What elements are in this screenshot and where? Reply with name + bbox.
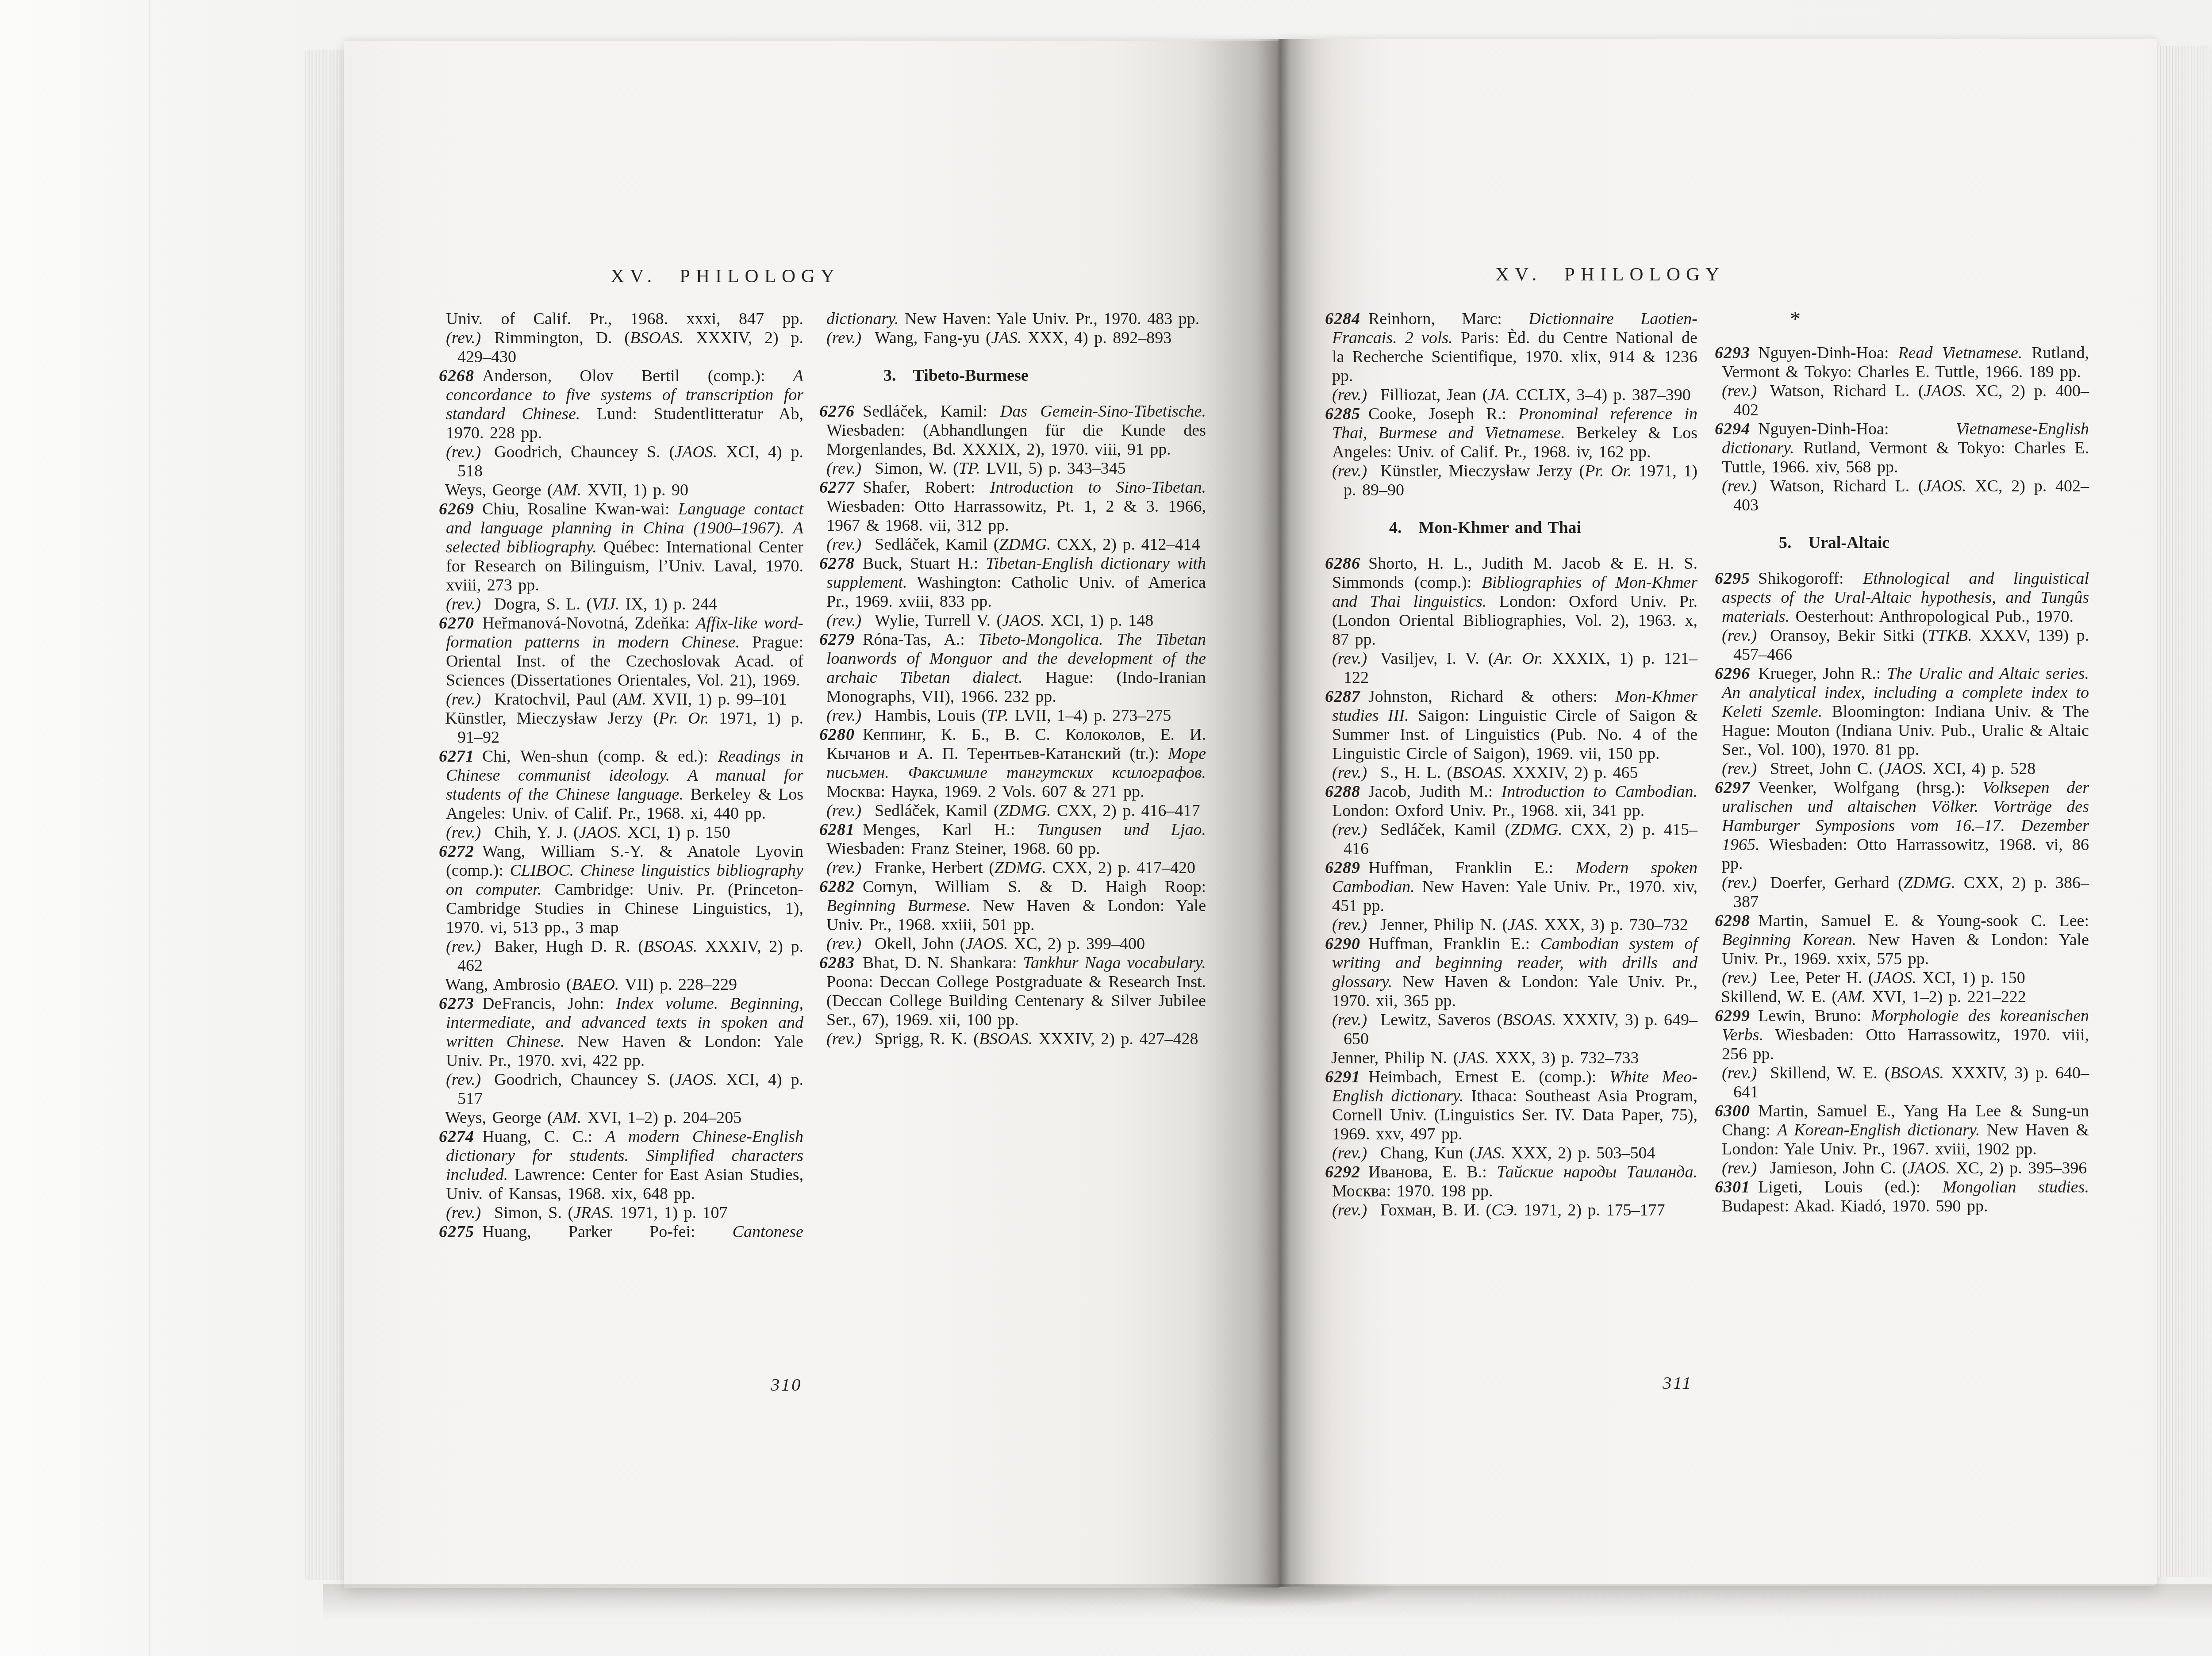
text-run: Sprigg, R. K. ( [875,1030,979,1048]
text-run: Nguyen-Dinh-Hoa: [1758,420,1956,438]
bib-entry: 6291Heimbach, Ernest E. (comp.): White M… [1325,1068,1697,1144]
text-run: Budapest: Akad. Kiadó, 1970. 590 pp. [1722,1197,1988,1215]
rev-label: (rev.) [826,935,861,953]
entry-number: 6301 [1715,1178,1750,1196]
entry-number: 6277 [819,478,855,497]
rev-label: (rev.) [1722,477,1757,495]
italic-text: BSOAS. [1452,763,1506,782]
running-head-right: XV. PHILOLOGY [1495,264,1725,285]
heading-text: 3. Tibeto-Burmese [883,366,1029,385]
italic-text: BSOAS. [630,329,684,347]
text-run: VII) p. 228–229 [619,975,737,994]
entry-number: 6292 [1325,1163,1360,1181]
open-book-photo: XV. PHILOLOGY XV. PHILOLOGY Univ. of Cal… [0,0,2212,1656]
text-run: Chang, Kun ( [1380,1144,1475,1162]
italic-text: ZDMG. [995,859,1046,877]
rev-label: (rev.) [826,801,861,820]
rev-label: (rev.) [826,1030,861,1048]
bib-entry: 6276Sedláček, Kamil: Das Gemein-Sino-Tib… [819,402,1206,459]
section-heading: 3. Tibeto-Burmese [819,366,1206,385]
entry-number: 6287 [1325,687,1360,706]
italic-text: Тайские народы Таиланда. [1497,1163,1697,1181]
italic-text: Introduction to Cambodian. [1502,782,1697,801]
rev-label: (rev.) [446,443,481,461]
review-line: (rev.)Okell, John (JAOS. XC, 2) p. 399–4… [819,935,1206,954]
page-edges-left [305,50,344,1580]
entry-number: 6294 [1715,420,1750,438]
rev-label: (rev.) [446,823,481,842]
text-run: Skillend, W. E. ( [1721,988,1837,1006]
review-line-secondary: Jenner, Philip N. (JAS. XXX, 3) p. 732–7… [1325,1049,1697,1068]
entry-number: 6278 [819,554,855,573]
text-run: XXX, 2) p. 503–504 [1505,1144,1655,1162]
review-line: (rev.)Гохман, В. И. (СЭ. 1971, 2) p. 175… [1325,1201,1697,1220]
entry-number: 6282 [819,878,855,896]
text-run: Street, John C. ( [1770,759,1884,778]
bib-entry: 6301Ligeti, Louis (ed.): Mongolian studi… [1715,1178,2089,1216]
review-line: (rev.)Chang, Kun (JAS. XXX, 2) p. 503–50… [1325,1144,1697,1163]
text-run: Wang, Fang-yu ( [875,329,991,347]
bib-entry: 6280Кеппинг, К. Б., В. С. Колоколов, Е. … [819,725,1206,801]
review-line-secondary: Künstler, Mieczysław Jerzy (Pr. Or. 1971… [439,709,803,747]
italic-text: TP. [987,706,1009,725]
text-run: * [1790,307,1801,331]
italic-text: JAOS. [675,1070,717,1089]
text-run: XCI, 1) p. 150 [622,823,730,842]
text-run: Johnston, Richard & others: [1368,687,1615,706]
bib-entry: 6278Buck, Stuart H.: Tibetan-English dic… [819,554,1206,611]
review-line: (rev.)Sprigg, R. K. (BSOAS. XXXIV, 2) p.… [819,1030,1206,1049]
entry-number: 6289 [1325,859,1360,877]
text-run: XCI, 4) p. 528 [1927,759,2035,778]
text-run: Künstler, Mieczysław Jerzy ( [1380,462,1585,480]
bib-entry: 6293Nguyen-Dinh-Hoa: Read Vietnamese. Ru… [1715,344,2089,382]
bib-entry: 6296Krueger, John R.: The Uralic and Alt… [1715,664,2089,759]
text-run: XVI, 1–2) p. 204–205 [581,1108,741,1127]
page-number-left: 310 [771,1374,802,1395]
text-run: Jenner, Philip N. ( [1380,916,1508,934]
italic-text: JAOS. [675,443,717,461]
running-head-left: XV. PHILOLOGY [611,265,840,287]
right-page-column-1: 6284Reinhorn, Marc: Dictionnaire Laotien… [1325,310,1697,1220]
text-run: Baker, Hugh D. R. ( [494,937,644,956]
bib-entry: 6283Bhat, D. N. Shankara: Tankhur Naga v… [819,954,1206,1030]
heading-text: 5. Ural-Altaic [1779,533,1889,552]
text-run: Wiesbaden: Franz Steiner, 1968. 60 pp. [826,839,1100,858]
text-run: Wylie, Turrell V. ( [875,611,1002,630]
entry-number: 6273 [439,994,474,1013]
entry-number: 6298 [1715,912,1750,930]
text-run: Гохман, В. И. ( [1380,1201,1491,1219]
text-run: XVII, 1) p. 99–101 [646,690,787,709]
review-line: (rev.)Simon, W. (TP. LVII, 5) p. 343–345 [819,459,1206,478]
text-run: Wiesbaden: Otto Harrassowitz, 1968. vi, … [1722,836,2089,873]
entry-number: 6283 [819,954,855,972]
review-line: (rev.)Franke, Herbert (ZDMG. CXX, 2) p. … [819,859,1206,878]
review-line: (rev.)Goodrich, Chauncey S. (JAOS. XCI, … [439,443,803,481]
italic-text: TTKB. [1928,626,1972,645]
rev-label: (rev.) [446,937,481,956]
italic-text: JAOS. [1002,611,1045,630]
bib-entry: 6269Chiu, Rosaline Kwan-wai: Language co… [439,500,803,595]
review-line: (rev.)Oransoy, Bekir Sitki (TTKB. XXXV, … [1715,626,2089,664]
italic-text: JAOS. [1924,477,1966,495]
book-bottom-shadow [323,1584,2212,1629]
italic-text: Cantonese [733,1223,803,1241]
review-line-secondary: Weys, George (AM. XVII, 1) p. 90 [439,481,803,500]
rev-label: (rev.) [446,1204,481,1222]
text-run: Wiesbaden: Otto Harrassowitz, Pt. 1, 2 &… [826,497,1206,535]
rev-label: (rev.) [1722,874,1757,892]
rev-label: (rev.) [1722,626,1757,645]
rev-label: (rev.) [1332,649,1367,668]
text-run: Goodrich, Chauncey S. ( [494,1070,675,1089]
italic-text: JAOS. [1884,759,1927,778]
italic-text: JAOS. [1874,969,1916,987]
rev-label: (rev.) [1332,1144,1367,1162]
text-run: Иванова, Е. В.: [1368,1163,1497,1181]
text-run: Weys, George ( [445,1108,553,1127]
rev-label: (rev.) [1722,1064,1757,1082]
text-run: Huang, Parker Po-fei: [482,1223,733,1241]
bib-entry: 6298Martin, Samuel E. & Young-sook C. Le… [1715,912,2089,969]
text-run: London: Oxford Univ. Pr., 1968. xii, 341… [1332,801,1644,820]
bib-entry: 6299Lewin, Bruno: Morphologie des korean… [1715,1007,2089,1064]
italic-text: Das Gemein-Sino-Tibetische. [1000,402,1206,421]
entry-number: 6299 [1715,1007,1750,1025]
asterisk-separator: * [1715,310,2089,329]
rev-label: (rev.) [1722,759,1757,778]
page-number-right: 311 [1663,1372,1692,1393]
section-heading: 4. Mon-Khmer and Thai [1325,518,1697,537]
italic-text: BSOAS. [644,937,697,956]
bib-entry: 6286Shorto, H. L., Judith M. Jacob & E. … [1325,554,1697,649]
entry-number: 6272 [439,842,474,861]
italic-text: ZDMG. [1510,820,1562,839]
italic-text: dictionary. [826,310,899,328]
text-run: S., H. L. ( [1380,763,1452,782]
text-run: CXX, 2) p. 417–420 [1046,859,1195,877]
review-line: (rev.)Hambis, Louis (TP. LVII, 1–4) p. 2… [819,706,1206,725]
review-line: (rev.)Wang, Fang-yu (JAS. XXX, 4) p. 892… [819,329,1206,348]
review-line: (rev.)Künstler, Mieczysław Jerzy (Pr. Or… [1325,462,1697,500]
entry-number: 6290 [1325,935,1360,953]
rev-label: (rev.) [1722,382,1757,400]
text-run: Reinhorn, Marc: [1368,310,1528,328]
text-run: Oesterhout: Anthropological Pub., 1970. [1790,607,2074,626]
right-page-column-2: *6293Nguyen-Dinh-Hoa: Read Vietnamese. R… [1715,310,2089,1216]
entry-number: 6288 [1325,782,1360,801]
text-run: Lee, Peter H. ( [1770,969,1874,987]
entry-number: 6274 [439,1127,474,1146]
italic-text: JAOS. [1924,382,1966,400]
italic-text: TP. [959,459,980,478]
entry-number: 6275 [439,1223,474,1241]
italic-text: JA. [1488,386,1510,404]
text-run: Doerfer, Gerhard ( [1770,874,1903,892]
text-run: Москва: Наука, 1969. 2 Vols. 607 & 271 p… [826,782,1144,801]
review-line: (rev.)Goodrich, Chauncey S. (JAOS. XCI, … [439,1070,803,1108]
text-run: Heřmanová-Novotná, Zdeňka: [482,614,696,632]
text-run: DeFrancis, John: [482,994,616,1013]
text-run: Goodrich, Chauncey S. ( [494,443,675,461]
entry-number: 6271 [439,747,474,766]
entry-number: 6297 [1715,778,1750,797]
review-line: (rev.)Street, John C. (JAOS. XCI, 4) p. … [1715,759,2089,778]
review-line: (rev.)Watson, Richard L. (JAOS. XC, 2) p… [1715,382,2089,420]
rev-label: (rev.) [826,706,861,725]
text-run: Franke, Herbert ( [875,859,995,877]
bib-entry: 6297Veenker, Wolfgang (hrsg.): Volksepen… [1715,778,2089,874]
italic-text: JAOS. [1908,1159,1950,1177]
text-run: Sedláček, Kamil ( [875,535,999,554]
text-run: Chi, Wen-shun (comp. & ed.): [482,747,718,766]
entry-number: 6279 [819,630,855,649]
text-run: Chiu, Rosaline Kwan-wai: [482,500,678,518]
bib-entry: 6288Jacob, Judith M.: Introduction to Ca… [1325,782,1697,820]
review-line: (rev.)Vasiljev, I. V. (Ar. Or. XXXIX, 1)… [1325,649,1697,687]
rev-label: (rev.) [1722,1159,1757,1177]
text-run: Huffman, Franklin E.: [1368,859,1575,877]
bib-entry: 6274Huang, C. C.: A modern Chinese-Engli… [439,1127,803,1204]
rev-label: (rev.) [1332,916,1367,934]
rev-label: (rev.) [1332,763,1367,782]
review-line: (rev.)Lee, Peter H. (JAOS. XCI, 1) p. 15… [1715,969,2089,988]
text-run: Univ. of Calif. Pr., 1968. xxxi, 847 pp. [446,310,803,328]
italic-text: JAOS. [579,823,622,842]
italic-text: JAS. [1475,1144,1505,1162]
bib-entry: 6289Huffman, Franklin E.: Modern spoken … [1325,859,1697,916]
italic-text: ZDMG. [999,535,1051,554]
italic-text: VIJ. [592,595,619,613]
review-line: (rev.)Chih, Y. J. (JAOS. XCI, 1) p. 150 [439,823,803,842]
italic-text: ZDMG. [999,801,1051,820]
text-run: Watson, Richard L. ( [1770,382,1924,400]
review-line: (rev.)Kratochvil, Paul (AM. XVII, 1) p. … [439,690,803,709]
text-run: IX, 1) p. 244 [619,595,717,613]
text-run: Wiesbaden: Otto Harrassowitz, 1970. viii… [1722,1026,2089,1063]
italic-text: A Korean-English dictionary. [1777,1121,1980,1139]
italic-text: ZDMG. [1904,874,1955,892]
heading-text: 4. Mon-Khmer and Thai [1389,518,1581,537]
entry-number: 6285 [1325,405,1360,423]
text-run: Simon, W. ( [875,459,959,478]
text-run: XCI, 1) p. 150 [1916,969,2025,987]
bib-entry: 6279Róna-Tas, A.: Tibeto-Mongolica. The … [819,630,1206,706]
bib-entry: 6284Reinhorn, Marc: Dictionnaire Laotien… [1325,310,1697,386]
review-line-secondary: Skillend, W. E. (AM. XVI, 1–2) p. 221–22… [1715,988,2089,1007]
text-run: CXX, 2) p. 416–417 [1051,801,1200,820]
left-page-column-1: Univ. of Calif. Pr., 1968. xxxi, 847 pp.… [439,310,803,1242]
rev-label: (rev.) [826,535,861,554]
text-run: 1971, 1) p. 107 [614,1204,728,1222]
text-run: Chih, Y. J. ( [494,823,579,842]
text-run: Sedláček, Kamil: [863,402,1000,421]
text-run: Buck, Stuart H.: [863,554,986,573]
text-run: Martin, Samuel E. & Young-sook C. Lee: [1758,912,2089,930]
text-run: 1971, 2) p. 175–177 [1518,1201,1665,1219]
review-line: (rev.)S., H. L. (BSOAS. XXXIV, 2) p. 465 [1325,763,1697,782]
review-line: (rev.)Skillend, W. E. (BSOAS. XXXIV, 3) … [1715,1064,2089,1102]
rev-label: (rev.) [1332,1011,1367,1029]
background-seam [149,0,150,1656]
text-run: XXXIV, 2) p. 427–428 [1033,1030,1198,1048]
rev-label: (rev.) [446,1070,481,1089]
text-run: XXXIV, 2) p. 465 [1506,763,1638,782]
italic-text: Beginning Korean. [1722,931,1856,949]
text-run: Kratochvil, Paul ( [494,690,618,709]
italic-text: JAS. [991,329,1022,347]
text-run: Filliozat, Jean ( [1380,386,1488,404]
text-run: Shikogoroff: [1758,569,1863,588]
section-heading: 5. Ural-Altaic [1715,533,2089,552]
text-run: Hambis, Louis ( [875,706,987,725]
text-run: Heimbach, Ernest E. (comp.): [1368,1068,1609,1086]
text-run: Кеппинг, К. Б., В. С. Колоколов, Е. И. К… [826,725,1206,763]
text-run: Dogra, S. L. ( [494,595,592,613]
italic-text: BSOAS. [1502,1011,1556,1029]
text-run: New Haven: Yale Univ. Pr., 1970. 483 pp. [899,310,1200,328]
italic-text: Ar. Or. [1494,649,1543,668]
bib-entry: 6275Huang, Parker Po-fei: Cantonese [439,1223,803,1242]
text-run: Huang, C. C.: [482,1127,605,1146]
bib-entry: 6295Shikogoroff: Ethnological and lingui… [1715,569,2089,626]
text-run: Jamieson, John C. ( [1770,1159,1908,1177]
italic-text: BSOAS. [979,1030,1033,1048]
rev-label: (rev.) [1332,1201,1367,1219]
text-run: Sedláček, Kamil ( [1380,820,1510,839]
text-run: Cornyn, William S. & D. Haigh Roop: [863,878,1206,896]
text-run: Weys, George ( [445,481,553,499]
italic-text: Mongolian studies. [1943,1178,2089,1196]
text-run: Москва: 1970. 198 pp. [1332,1182,1493,1200]
text-run: Róna-Tas, A.: [863,630,979,649]
entry-number: 6295 [1715,569,1750,588]
text-run: Watson, Richard L. ( [1770,477,1924,495]
text-run: Menges, Karl H.: [863,820,1037,839]
rev-label: (rev.) [446,595,481,613]
text-run: Cooke, Joseph R.: [1368,405,1518,423]
italic-text: Read Vietnamese. [1898,344,2022,362]
rev-label: (rev.) [826,611,861,630]
text-run: Vasiljev, I. V. ( [1380,649,1494,668]
italic-text: JAS. [1459,1049,1489,1067]
text-run: CCLIX, 3–4) p. 387–390 [1510,386,1691,404]
text-run: Okell, John ( [875,935,965,953]
bib-entry: 6273DeFrancis, John: Index volume. Begin… [439,994,803,1070]
italic-text: AM. [553,481,581,499]
entry-continuation: dictionary. New Haven: Yale Univ. Pr., 1… [819,310,1206,329]
bib-entry: 6300Martin, Samuel E., Yang Ha Lee & Sun… [1715,1102,2089,1159]
italic-text: Beginning Burmese. [826,897,971,915]
italic-text: Pr. Or. [659,709,709,728]
italic-text: AM. [1837,988,1866,1006]
bib-entry: 6290Huffman, Franklin E.: Cambodian syst… [1325,935,1697,1011]
text-run: Oransoy, Bekir Sitki ( [1770,626,1928,645]
review-line: (rev.)Lewitz, Saveros (BSOAS. XXXIV, 3) … [1325,1011,1697,1049]
text-run: XC, 2) p. 395–396 [1950,1159,2087,1177]
italic-text: Tungusen und Ljao. [1037,820,1206,839]
text-run: Poona: Deccan College Postgraduate & Res… [826,973,1206,1029]
rev-label: (rev.) [826,329,861,347]
text-run: Künstler, Mieczysław Jerzy ( [445,709,659,728]
bib-entry: 6294Nguyen-Dinh-Hoa: Vietnamese-English … [1715,420,2089,477]
rev-label: (rev.) [1722,969,1757,987]
text-run: XVII, 1) p. 90 [581,481,688,499]
entry-number: 6284 [1325,310,1360,328]
rev-label: (rev.) [1332,820,1367,839]
text-run: Anderson, Olov Bertil (comp.): [482,367,793,385]
text-run: Lewin, Bruno: [1758,1007,1871,1025]
review-line: (rev.)Sedláček, Kamil (ZDMG. CXX, 2) p. … [819,801,1206,820]
review-line-secondary: Wang, Ambrosio (BAEO. VII) p. 228–229 [439,975,803,994]
entry-number: 6268 [439,367,474,385]
entry-number: 6281 [819,820,855,839]
review-line: (rev.)Wylie, Turrell V. (JAOS. XCI, 1) p… [819,611,1206,630]
italic-text: Introduction to Sino-Tibetan. [990,478,1206,497]
italic-text: BAEO. [572,975,619,994]
review-line: (rev.)Rimmington, D. (BSOAS. XXXIV, 2) p… [439,329,803,367]
review-line: (rev.)Filliozat, Jean (JA. CCLIX, 3–4) p… [1325,386,1697,405]
italic-text: AM. [618,690,646,709]
review-line: (rev.)Watson, Richard L. (JAOS. XC, 2) p… [1715,477,2089,515]
bib-entry: 6272Wang, William S.-Y. & Anatole Lyovin… [439,842,803,937]
bib-entry: 6281Menges, Karl H.: Tungusen und Ljao. … [819,820,1206,859]
bib-entry: 6271Chi, Wen-shun (comp. & ed.): Reading… [439,747,803,823]
italic-text: AM. [553,1108,581,1127]
text-run: Jacob, Judith M.: [1368,782,1502,801]
italic-text: СЭ. [1491,1201,1518,1219]
review-line: (rev.)Jamieson, John C. (JAOS. XC, 2) p.… [1715,1159,2089,1178]
text-run: Nguyen-Dinh-Hoa: [1758,344,1898,362]
bib-entry: 6277Shafer, Robert: Introduction to Sino… [819,478,1206,535]
bib-entry: 6268Anderson, Olov Bertil (comp.): A con… [439,367,803,443]
review-line: (rev.)Dogra, S. L. (VIJ. IX, 1) p. 244 [439,595,803,614]
bib-entry: 6285Cooke, Joseph R.: Pronominal referen… [1325,405,1697,462]
entry-continuation: Univ. of Calif. Pr., 1968. xxxi, 847 pp. [439,310,803,329]
rev-label: (rev.) [446,329,481,347]
italic-text: JRAS. [573,1204,614,1222]
italic-text: JAOS. [965,935,1008,953]
italic-text: Pr. Or. [1585,462,1632,480]
rev-label: (rev.) [826,859,861,877]
review-line: (rev.)Baker, Hugh D. R. (BSOAS. XXXIV, 2… [439,937,803,975]
text-run: CXX, 2) p. 412–414 [1051,535,1200,554]
italic-text: JAS. [1508,916,1538,934]
bib-entry: 6282Cornyn, William S. & D. Haigh Roop: … [819,878,1206,935]
text-run: Wiesbaden: (Abhandlungen für die Kunde d… [826,421,1206,459]
text-run: XXX, 4) p. 892–893 [1022,329,1171,347]
text-run: XCI, 1) p. 148 [1045,611,1153,630]
review-line: (rev.)Doerfer, Gerhard (ZDMG. CXX, 2) p.… [1715,874,2089,912]
entry-number: 6269 [439,500,474,518]
text-run: Lewitz, Saveros ( [1380,1011,1502,1029]
text-run: LVII, 5) p. 343–345 [980,459,1126,478]
text-run: LVII, 1–4) p. 273–275 [1009,706,1171,725]
review-line-secondary: Weys, George (AM. XVI, 1–2) p. 204–205 [439,1108,803,1127]
text-run: Sedláček, Kamil ( [875,801,999,820]
text-run: Rimmington, D. ( [494,329,630,347]
rev-label: (rev.) [1332,462,1367,480]
bib-entry: 6287Johnston, Richard & others: Mon-Khme… [1325,687,1697,763]
text-run: XC, 2) p. 399–400 [1008,935,1145,953]
text-run: XXX, 3) p. 732–733 [1489,1049,1639,1067]
rev-label: (rev.) [446,690,481,709]
text-run: Huffman, Franklin E.: [1368,935,1540,953]
rev-label: (rev.) [826,459,861,478]
text-run: Shafer, Robert: [863,478,990,497]
review-line: (rev.)Simon, S. (JRAS. 1971, 1) p. 107 [439,1204,803,1223]
